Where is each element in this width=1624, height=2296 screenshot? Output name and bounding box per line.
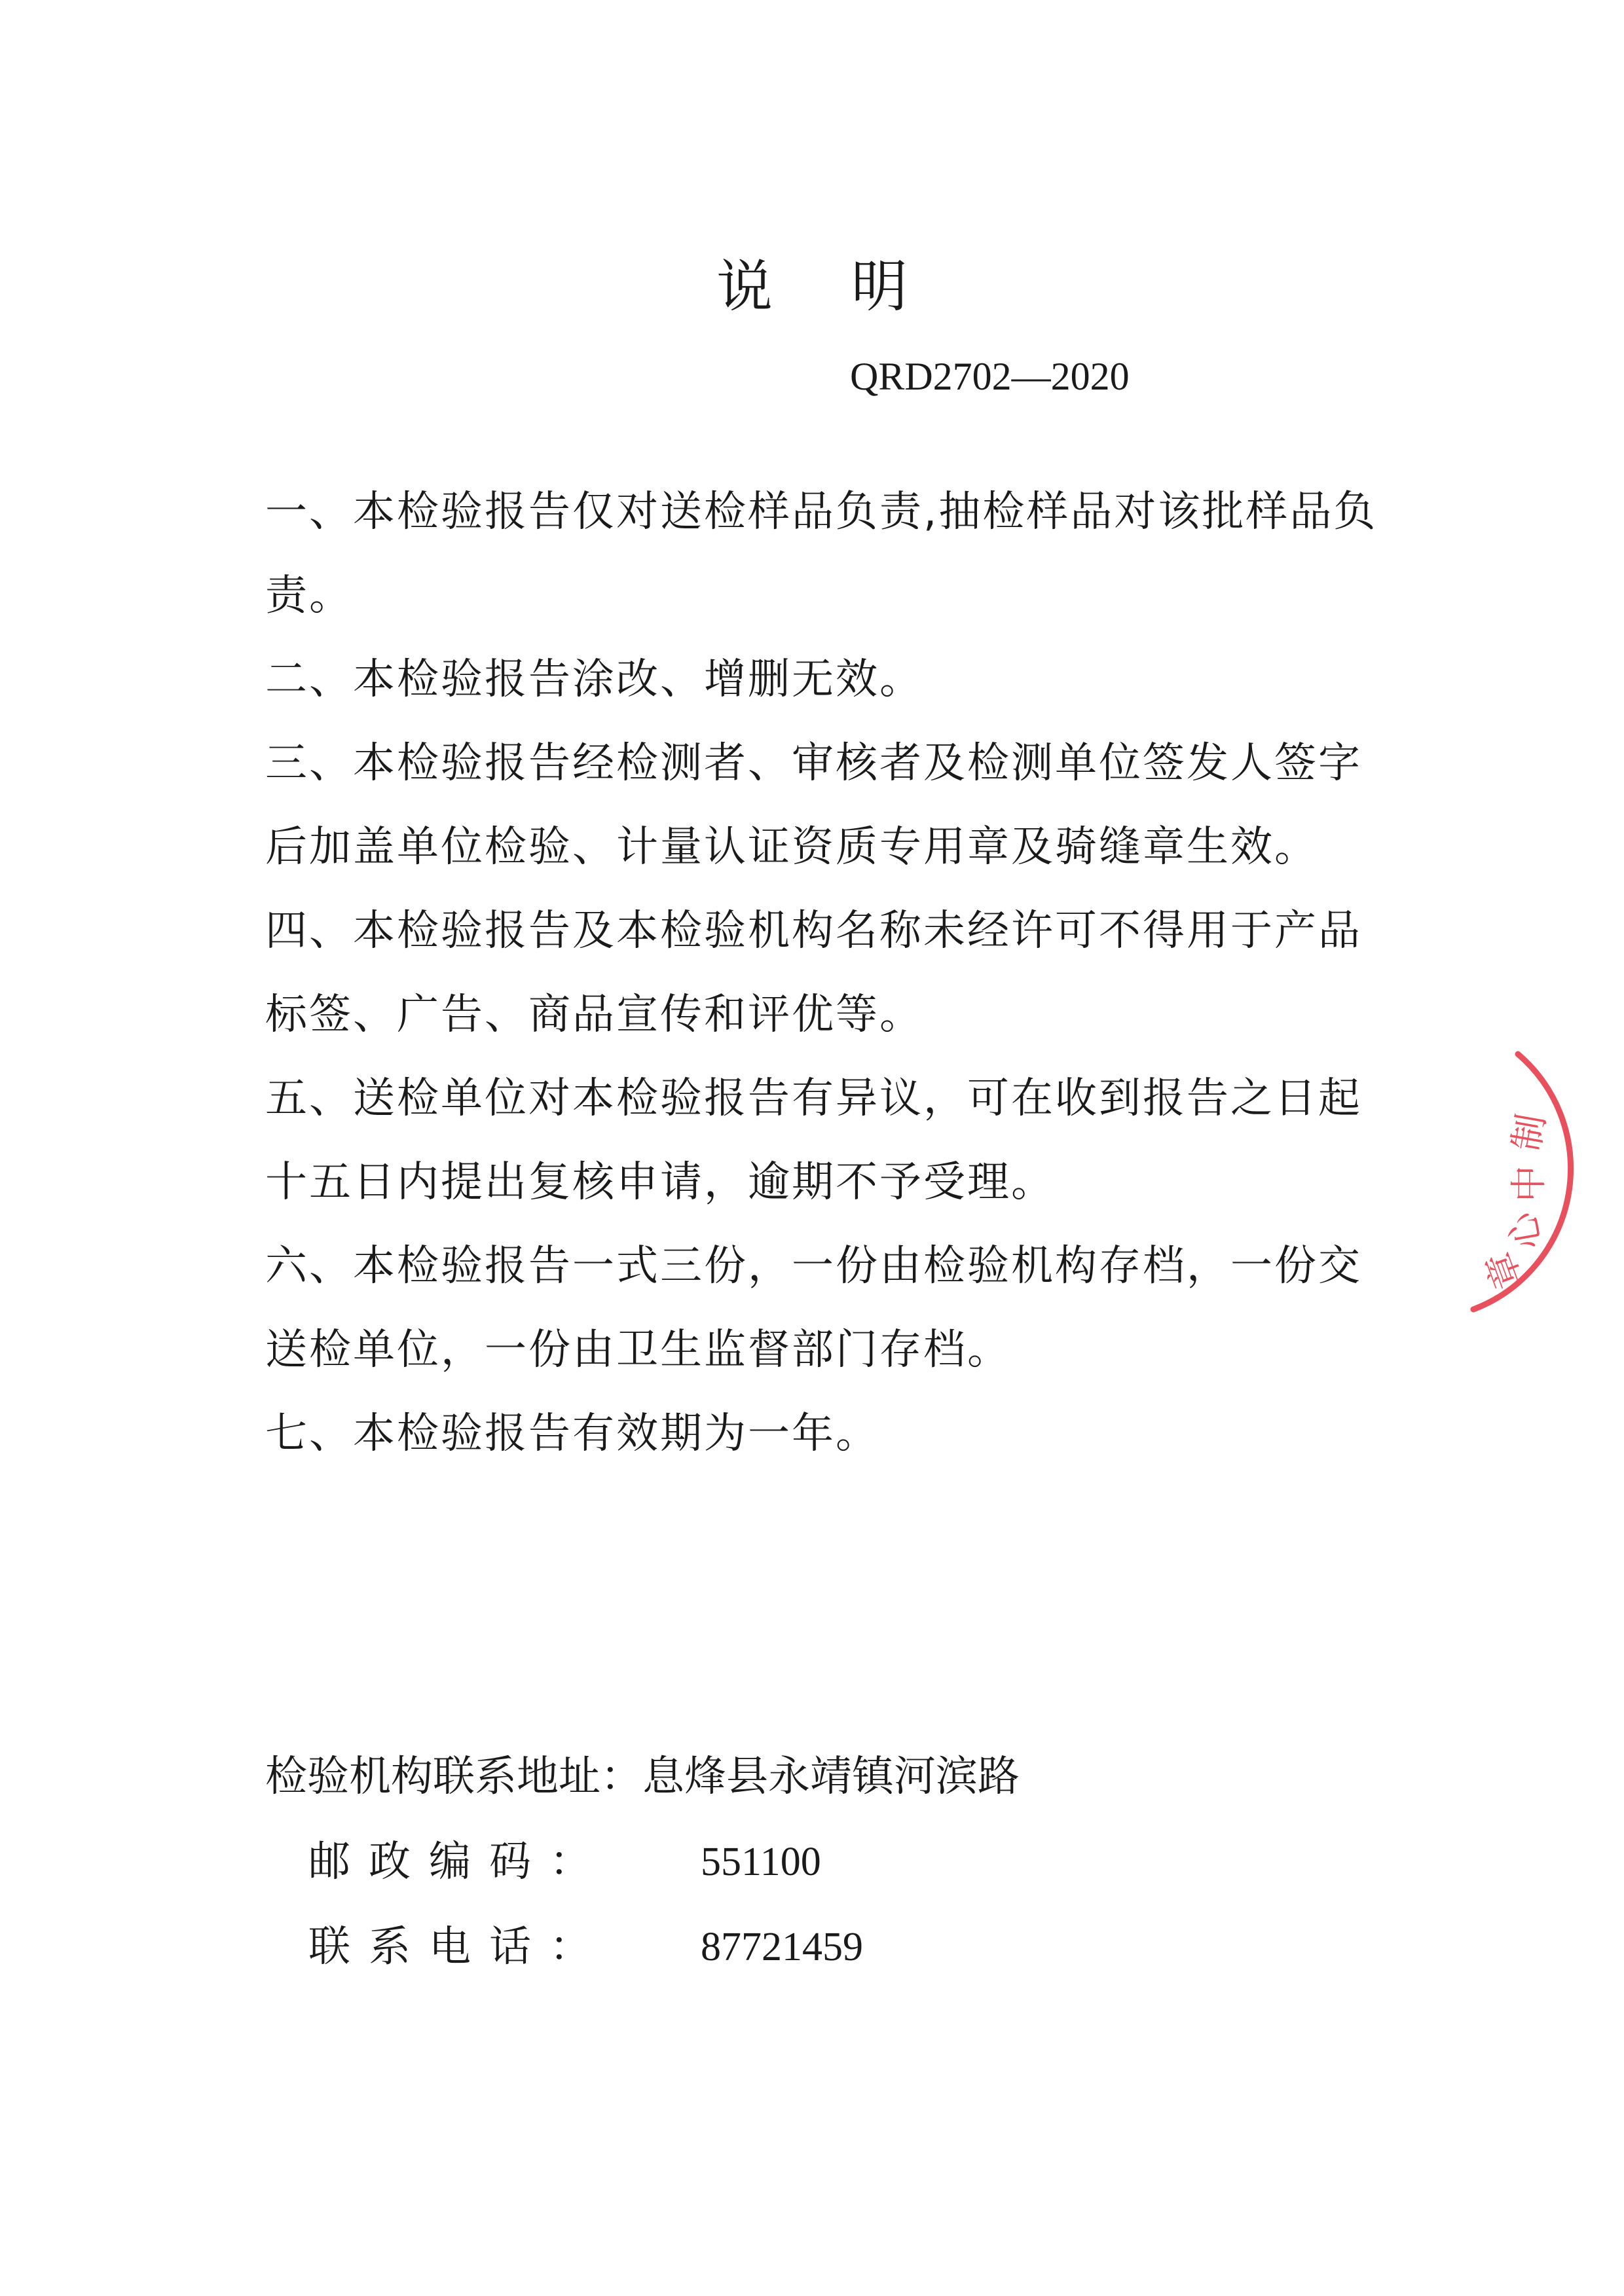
address-row: 检验机构联系地址：息烽县永靖镇河滨路 [265,1749,1020,1834]
clause-5-line-2: 十五日内提出复核申请，逾期不予受理。 [265,1155,1378,1239]
postal-row: 邮政编码： 551100 [265,1834,1020,1920]
stamp-char-3: 心 [1505,1210,1547,1252]
clause-1-line-1: 一、本检验报告仅对送检样品负责,抽检样品对该批样品负 [265,484,1378,568]
clause-6-line-2: 送检单位，一份由卫生监督部门存档。 [265,1322,1378,1406]
address-value: 息烽县永靖镇河滨路 [642,1753,1020,1801]
clause-2-line-1: 二、本检验报告涂改、增删无效。 [265,652,1378,736]
page-title: 说明 [0,254,1624,319]
stamp-char-2: 中 [1511,1165,1548,1202]
title-char-2: 明 [851,254,908,319]
clause-4-line-2: 标签、广告、商品宣传和评优等。 [265,987,1378,1071]
clause-6-line-1: 六、本检验报告一式三份，一份由检验机构存档，一份交 [265,1239,1378,1322]
contact-block: 检验机构联系地址：息烽县永靖镇河滨路 邮政编码： 551100 联系电话： 87… [265,1749,1020,2005]
stamp-char-4: 章 [1481,1247,1528,1294]
clause-5-line-1: 五、送检单位对本检验报告有异议，可在收到报告之日起 [265,1071,1378,1155]
document-number: QRD2702—2020 [850,354,1130,399]
clause-1-line-2: 责。 [265,568,1378,652]
seal-arc-icon [1434,1041,1624,1329]
clause-4-line-1: 四、本检验报告及本检验机构名称未经许可不得用于产品 [265,903,1378,987]
clause-3-line-2: 后加盖单位检验、计量认证资质专用章及骑缝章生效。 [265,820,1378,903]
red-seal-stamp: 制 中 心 章 [1434,1041,1624,1329]
phone-label: 联系电话： [308,1920,610,1975]
phone-value: 87721459 [701,1920,863,1975]
clause-3-line-1: 三、本检验报告经检测者、审核者及检测单位签发人签字 [265,736,1378,820]
stamp-char-1: 制 [1509,1112,1551,1154]
clause-list: 一、本检验报告仅对送检样品负责,抽检样品对该批样品负 责。 二、本检验报告涂改、… [265,484,1378,1490]
title-char-1: 说 [716,254,773,319]
postal-label: 邮政编码： [308,1834,610,1889]
postal-value: 551100 [701,1834,821,1889]
phone-row: 联系电话： 87721459 [265,1920,1020,2005]
address-label: 检验机构联系地址： [265,1753,642,1801]
clause-7-line-1: 七、本检验报告有效期为一年。 [265,1406,1378,1490]
